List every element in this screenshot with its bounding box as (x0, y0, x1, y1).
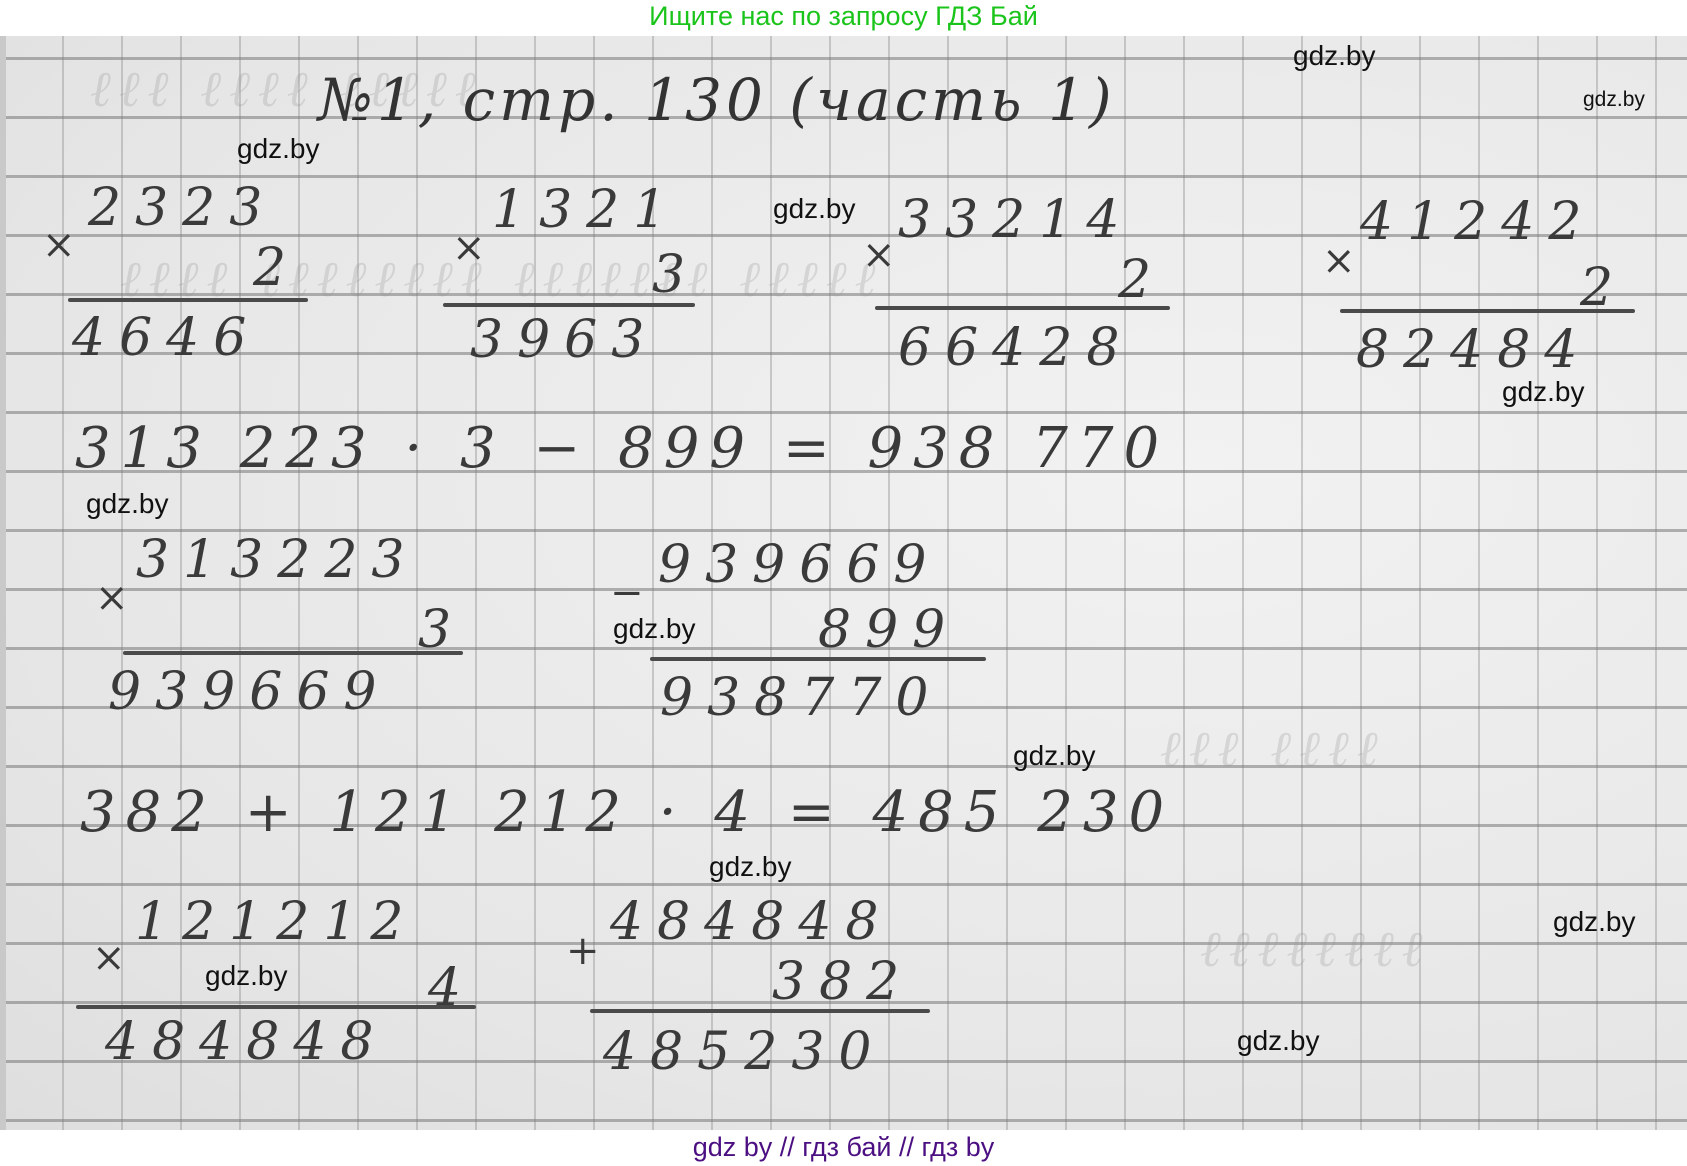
watermark: gdz.by (205, 960, 288, 992)
multiply-sign: × (92, 935, 126, 981)
watermark: gdz.by (1502, 376, 1585, 408)
result-line (76, 1005, 476, 1009)
watermark: gdz.by (1583, 88, 1645, 112)
exercise-title: №1, стр. 130 (часть 1) (318, 66, 1116, 134)
result-line (590, 1009, 930, 1013)
result-line (650, 657, 986, 661)
watermark: gdz.by (237, 133, 320, 165)
multiplicand: 1321 (492, 180, 680, 240)
multiplicand: 121212 (135, 892, 418, 952)
equation-1: 313 223 · 3 − 899 = 938 770 (75, 416, 1169, 481)
equation-2: 382 + 121 212 · 4 = 485 230 (80, 780, 1174, 845)
site-footer-banner: gdz by // гдз бай // гдз by (0, 1130, 1687, 1166)
addend-2: 382 (772, 952, 913, 1012)
watermark: gdz.by (773, 193, 856, 225)
watermark: gdz.by (1013, 740, 1096, 772)
multiply-sign: × (862, 232, 896, 278)
multiply-sign: × (95, 575, 129, 621)
plus-sign: + (566, 928, 600, 974)
product: 82484 (1356, 320, 1591, 380)
multiply-sign: × (452, 225, 486, 271)
difference: 938770 (660, 668, 943, 728)
multiplicand: 313223 (136, 530, 419, 590)
result-line (1340, 309, 1635, 313)
watermark: gdz.by (709, 851, 792, 883)
result-line (123, 651, 463, 655)
search-hint-banner: Ищите нас по запросу ГДЗ Бай (0, 0, 1687, 36)
addend-1: 484848 (610, 892, 893, 952)
multiplier: 2 (253, 238, 300, 298)
show-through-text: ℓℓℓ ℓℓℓℓ (1160, 720, 1386, 778)
show-through-text: ℓℓℓℓℓℓℓℓ (1200, 920, 1431, 978)
paper-edge (0, 36, 6, 1130)
sum: 485230 (603, 1022, 886, 1082)
minuend: 939669 (658, 535, 941, 595)
multiplier: 2 (1118, 250, 1165, 310)
multiplicand: 33214 (898, 190, 1133, 250)
multiplier: 3 (652, 245, 699, 305)
result-line (875, 306, 1170, 310)
watermark: gdz.by (1293, 40, 1376, 72)
product: 3963 (470, 310, 658, 370)
watermark: gdz.by (1553, 906, 1636, 938)
multiplicand: 41242 (1360, 192, 1595, 252)
product: 4646 (72, 308, 260, 368)
product: 939669 (108, 662, 391, 722)
product: 484848 (105, 1012, 388, 1072)
watermark: gdz.by (1237, 1025, 1320, 1057)
result-line (68, 298, 308, 302)
multiplier: 4 (428, 958, 475, 1018)
subtrahend: 899 (818, 600, 959, 660)
multiply-sign: × (42, 222, 76, 268)
minus-sign: − (610, 570, 644, 616)
result-line (443, 303, 695, 307)
watermark: gdz.by (613, 613, 696, 645)
multiplicand: 2323 (88, 178, 276, 238)
watermark: gdz.by (86, 488, 169, 520)
product: 66428 (898, 318, 1133, 378)
multiply-sign: × (1322, 238, 1356, 284)
